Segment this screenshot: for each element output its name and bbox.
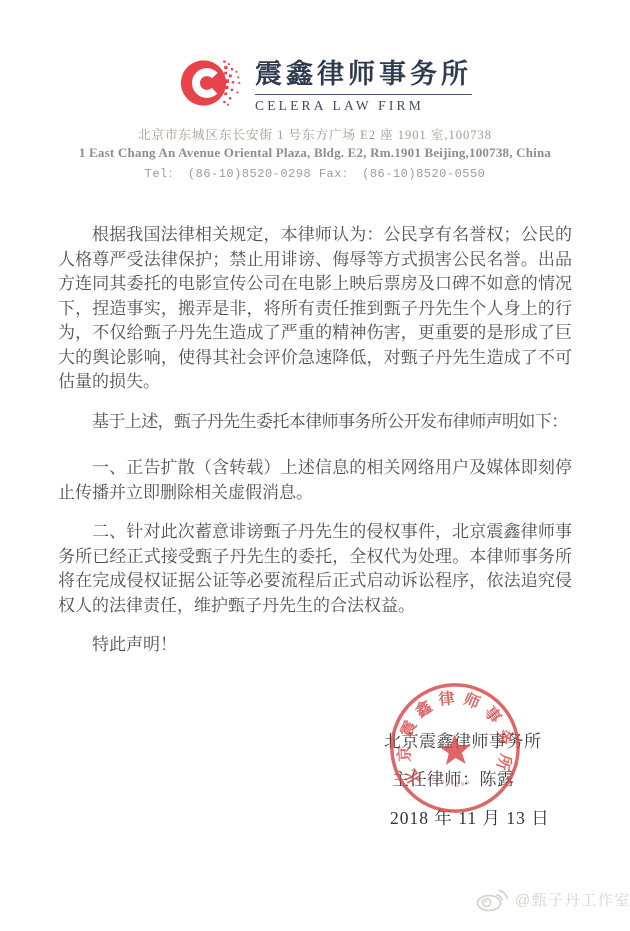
firm-names: 震鑫律师事务所 CELERA LAW FIRM (255, 52, 472, 114)
logo-row: 震鑫律师事务所 CELERA LAW FIRM (22, 52, 630, 114)
signature-lawyer-line: 主任律师：陈露 (392, 765, 515, 790)
watermark-label: @甄子丹工作室 (515, 889, 630, 910)
letter-body: 根据我国法律相关规定，本律师认为：公民享有名誉权；公民的人格尊严受法律保护；禁止… (58, 223, 572, 658)
address-line-zh: 北京市东城区东长安街 1 号东方广场 E2 座 1901 室,100738 (0, 125, 630, 143)
firm-name-zh: 震鑫律师事务所 (255, 52, 472, 95)
paragraph-closing: 特此声明！ (58, 633, 572, 658)
logo-dissolve-dots (223, 60, 240, 105)
weibo-watermark: @甄子丹工作室 (476, 886, 630, 912)
paragraph-item-one: 一、正告扩散（含转载）上述信息的相关网络用户及媒体即刻停止传播并立即删除相关虚假… (58, 456, 572, 505)
address-line-en: 1 East Chang An Avenue Oriental Plaza, B… (0, 145, 630, 161)
paragraph-item-two: 二、针对此次蓄意诽谤甄子丹先生的侵权事件，北京震鑫律师事务所已经正式接受甄子丹先… (58, 520, 572, 618)
paragraph-legal-basis: 根据我国法律相关规定，本律师认为：公民享有名誉权；公民的人格尊严受法律保护；禁止… (58, 223, 572, 395)
weibo-icon (476, 886, 510, 912)
signature-firm-name: 北京震鑫律师事务所 (384, 727, 542, 752)
firm-name-en: CELERA LAW FIRM (255, 95, 472, 114)
paragraph-intro: 基于上述，甄子丹先生委托本律师事务所公开发布律师声明如下： (58, 410, 572, 435)
signature-date: 2018 年 11 月 13 日 (390, 805, 550, 830)
celera-c-logo-icon (180, 56, 244, 110)
scanned-lawyer-statement: 震鑫律师事务所 CELERA LAW FIRM 北京市东城区东长安街 1 号东方… (0, 0, 630, 931)
tel-fax-line: Tel： (86-10)8520-0298 Fax： (86-10)8520-0… (0, 164, 630, 181)
letterhead: 震鑫律师事务所 CELERA LAW FIRM 北京市东城区东长安街 1 号东方… (0, 0, 630, 181)
